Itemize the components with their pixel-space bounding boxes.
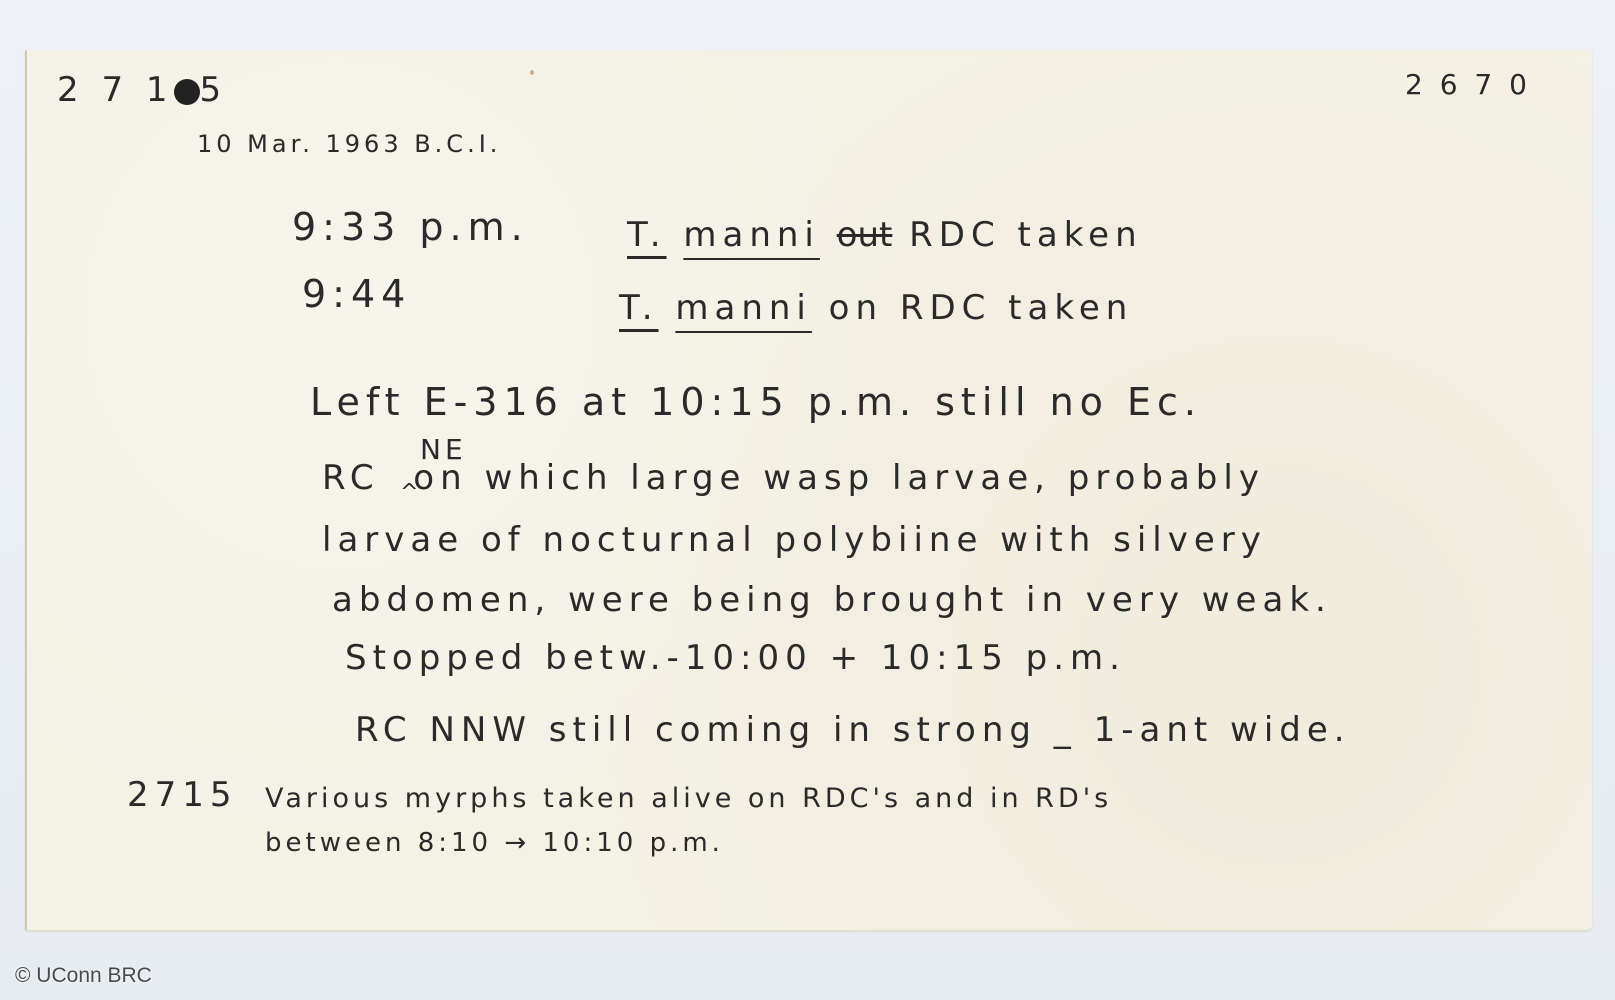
catalog-number-left: 2 7 15 [57, 70, 227, 110]
entry-1-time: 9:33 p.m. [292, 205, 529, 249]
entry-1-rest: RDC taken [909, 215, 1142, 255]
entry-2-time: 9:44 [302, 272, 411, 316]
entry-2-rest: on RDC taken [829, 288, 1134, 328]
paragraph-line-2-prefix: RC [322, 458, 380, 498]
viewer-stage: 2 7 15 2 6 7 0 10 Mar. 1963 B.C.I. 9:33 … [0, 0, 1615, 1000]
paper-speck [530, 70, 534, 75]
paragraph-line-3: larvae of nocturnal polybiine with silve… [322, 520, 1267, 560]
paragraph-line-4: abdomen, were being brought in very weak… [332, 580, 1332, 620]
entry-1-species: manni [683, 215, 820, 255]
entry-2-genus: T. [619, 288, 659, 328]
paragraph-line-1: Left E-316 at 10:15 p.m. still no Ec. [310, 380, 1202, 424]
footer-entry-text: Various myrphs taken alive on RDC's and … [265, 783, 1112, 814]
index-card: 2 7 15 2 6 7 0 10 Mar. 1963 B.C.I. 9:33 … [25, 50, 1592, 931]
paragraph-line-2-rest: on which large wasp larvae, probably [413, 458, 1265, 498]
paragraph-line-2: RC on which large wasp larvae, probably [322, 458, 1265, 498]
footer-entry-text-2: between 8:10 → 10:10 p.m. [265, 828, 724, 858]
catalog-number-right: 2 6 7 0 [1405, 68, 1531, 101]
catalog-number-suffix: 5 [200, 70, 228, 110]
ink-blot-icon [176, 81, 198, 103]
note-line: RC NNW still coming in strong _ 1-ant wi… [355, 710, 1351, 750]
copyright-watermark: © UConn BRC [15, 964, 152, 988]
date-location: 10 Mar. 1963 B.C.I. [197, 130, 501, 158]
footer-entry-number: 2715 [127, 775, 238, 815]
entry-2-text: T. manni on RDC taken [619, 288, 1133, 328]
entry-1-struck-word: out [837, 215, 893, 255]
entry-2-species: manni [675, 288, 812, 328]
paragraph-line-5: Stopped betw.-10:00 + 10:15 p.m. [345, 638, 1126, 678]
entry-1-genus: T. [627, 215, 667, 255]
catalog-number-prefix: 2 7 1 [57, 70, 174, 110]
entry-1-text: T. manni out RDC taken [627, 215, 1143, 255]
